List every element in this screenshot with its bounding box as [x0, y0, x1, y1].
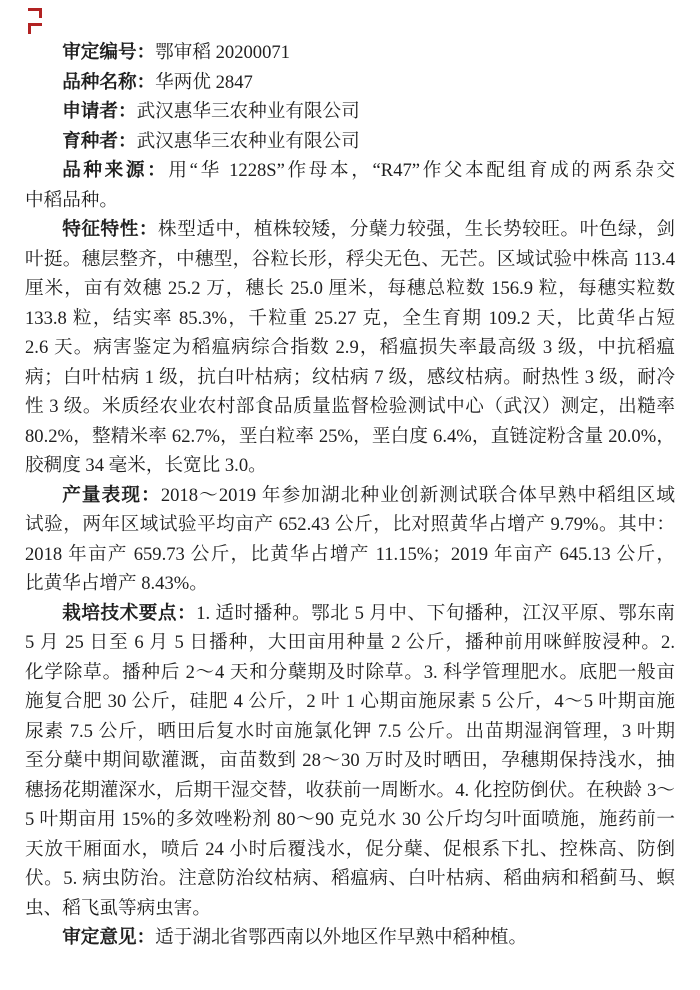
field-value: 华两优 2847	[155, 72, 253, 93]
document-page: 审定编号：鄂审稻 20200071品种名称：华两优 2847申请者：武汉惠华三农…	[0, 0, 700, 990]
field-value: 用“华 1228S”作母本，“R47”作父本配组育成的两系杂交	[168, 160, 675, 181]
field-value: 适于湖北省鄂西南以外地区作早熟中稻种植。	[155, 927, 527, 948]
field-label: 审定编号：	[62, 42, 155, 63]
field-label: 特征特性：	[62, 219, 158, 240]
field-value: 武汉惠华三农种业有限公司	[137, 131, 360, 152]
text-line: 中稻品种。	[25, 186, 675, 216]
text-line: 产量表现：2018～2019 年参加湖北种业创新测试联合体早熟中稻组区域	[25, 481, 675, 511]
text-line: 叶挺。穗层整齐，中穗型，谷粒长形，稃尖无色、无芒。区域试验中株高 113.4	[25, 245, 675, 275]
text-line: 5 月 25 日至 6 月 5 日播种，大田亩用种量 2 公斤，播种前用咪鲜胺浸…	[25, 628, 675, 658]
field-label: 品种来源：	[62, 160, 168, 181]
field-value: 株型适中，植株较矮，分蘖力较强，生长势较旺。叶色绿，剑	[158, 219, 675, 240]
field-label: 产量表现：	[62, 485, 161, 506]
text-line: 天放干厢面水，喷后 24 小时后覆浅水，促分蘖、促根系下扎、控株高、防倒	[25, 835, 675, 865]
text-line: 比黄华占增产 8.43%。	[25, 569, 675, 599]
field-label: 审定意见：	[62, 927, 155, 948]
text-line: 尿素 7.5 公斤，晒田后复水时亩施氯化钾 7.5 公斤。出苗期湿润管理，3 叶…	[25, 717, 675, 747]
text-line: 80.2%，整精米率 62.7%，垩白粒率 25%，垩白度 6.4%，直链淀粉含…	[25, 422, 675, 452]
text-line: 申请者：武汉惠华三农种业有限公司	[25, 97, 675, 127]
text-line: 2018 年亩产 659.73 公斤，比黄华占增产 11.15%；2019 年亩…	[25, 540, 675, 570]
text-line: 品种名称：华两优 2847	[25, 68, 675, 98]
field-value: 鄂审稻 20200071	[155, 42, 290, 63]
field-label: 栽培技术要点：	[62, 603, 196, 624]
text-line: 2.6 天。病害鉴定为稻瘟病综合指数 2.9，稻瘟损失率最高级 3 级，中抗稻瘟	[25, 333, 675, 363]
text-line: 厘米，亩有效穗 25.2 万，穗长 25.0 厘米，每穗总粒数 156.9 粒，…	[25, 274, 675, 304]
text-line: 穗扬花期灌深水，后期干湿交替，收获前一周断水。4. 化控防倒伏。在秧龄 3～	[25, 776, 675, 806]
text-line: 化学除草。播种后 2～4 天和分蘖期及时除草。3. 科学管理肥水。底肥一般亩	[25, 658, 675, 688]
text-line: 133.8 粒，结实率 85.3%，千粒重 25.27 克，全生育期 109.2…	[25, 304, 675, 334]
text-line: 伏。5. 病虫防治。注意防治纹枯病、稻瘟病、白叶枯病、稻曲病和稻蓟马、螟	[25, 864, 675, 894]
field-value: 武汉惠华三农种业有限公司	[137, 101, 360, 122]
field-label: 申请者：	[62, 101, 136, 122]
text-line: 胶稠度 34 毫米，长宽比 3.0。	[25, 451, 675, 481]
text-line: 性 3 级。米质经农业农村部食品质量监督检验测试中心（武汉）测定，出糙率	[25, 392, 675, 422]
text-line: 病；白叶枯病 1 级，抗白叶枯病；纹枯病 7 级，感纹枯病。耐热性 3 级，耐冷	[25, 363, 675, 393]
field-label: 育种者：	[62, 131, 136, 152]
text-line: 特征特性：株型适中，植株较矮，分蘖力较强，生长势较旺。叶色绿，剑	[25, 215, 675, 245]
text-line: 至分蘖中期间歇灌溉，亩苗数到 28～30 万时及时晒田，孕穗期保持浅水，抽	[25, 746, 675, 776]
document-content: 审定编号：鄂审稻 20200071品种名称：华两优 2847申请者：武汉惠华三农…	[25, 38, 675, 953]
text-line: 施复合肥 30 公斤，硅肥 4 公斤，2 叶 1 心期亩施尿素 5 公斤，4～5…	[25, 687, 675, 717]
field-label: 品种名称：	[62, 72, 155, 93]
text-line: 栽培技术要点：1. 适时播种。鄂北 5 月中、下旬播种，江汉平原、鄂东南	[25, 599, 675, 629]
red-annotation-mark-2	[28, 23, 42, 34]
text-line: 审定编号：鄂审稻 20200071	[25, 38, 675, 68]
field-value: 2018～2019 年参加湖北种业创新测试联合体早熟中稻组区域	[161, 485, 675, 506]
text-line: 品种来源：用“华 1228S”作母本，“R47”作父本配组育成的两系杂交	[25, 156, 675, 186]
text-line: 5 叶期亩用 15%的多效唑粉剂 80～90 克兑水 30 公斤均匀叶面喷施，施…	[25, 805, 675, 835]
text-line: 审定意见：适于湖北省鄂西南以外地区作早熟中稻种植。	[25, 923, 675, 953]
text-line: 育种者：武汉惠华三农种业有限公司	[25, 127, 675, 157]
field-value: 1. 适时播种。鄂北 5 月中、下旬播种，江汉平原、鄂东南	[196, 603, 675, 624]
text-line: 试验，两年区域试验平均亩产 652.43 公斤，比对照黄华占增产 9.79%。其…	[25, 510, 675, 540]
red-annotation-mark-1	[28, 8, 42, 18]
text-line: 虫、稻飞虱等病虫害。	[25, 894, 675, 924]
